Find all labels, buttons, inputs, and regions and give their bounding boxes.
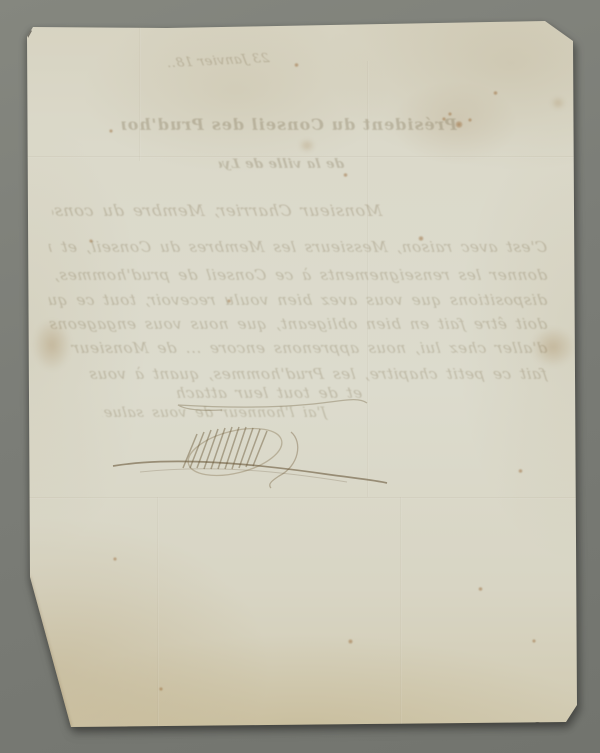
stain	[109, 129, 113, 133]
body-line-2: donner les renseignements à ce Conseil d…	[48, 266, 548, 284]
top-left-notch	[27, 29, 32, 38]
stain	[343, 173, 348, 177]
body-line-3: dispositions que vous avez bien voulu re…	[48, 291, 548, 309]
body-line-5: d'aller chez lui, nous apprenons encore …	[48, 339, 548, 357]
edge-speck	[61, 720, 66, 724]
stain	[89, 239, 93, 243]
salutation-line: Monsieur Charrier, Membre du conseil	[51, 201, 383, 220]
stain	[299, 139, 315, 152]
stain	[532, 639, 536, 643]
handwritten-date-line: 23 Janvier 18..	[119, 51, 270, 74]
body-line-1: C'est avec raison, Messieurs les Membres…	[48, 238, 548, 256]
stain	[478, 587, 483, 591]
stain	[493, 91, 498, 95]
fold-crease-vertical-bottom-right	[400, 497, 402, 727]
letter-sheet: 23 Janvier 18.. Président du Conseil des…	[27, 21, 577, 728]
fold-crease-vertical-bottom-left	[157, 497, 159, 727]
letterhead-line1: Président du Conseil des Prud'hommes	[121, 115, 458, 134]
body-line-4: doit être fait en bien obligeant, que no…	[48, 315, 548, 333]
signature-paraph	[85, 414, 407, 502]
stain	[348, 639, 353, 644]
edge-speck	[535, 722, 540, 725]
stain	[442, 117, 446, 121]
stain	[455, 121, 463, 128]
fold-crease-vertical-top-left	[139, 21, 141, 161]
paper-surface: 23 Janvier 18.. Président du Conseil des…	[27, 21, 577, 728]
torn-corner-edge-shading	[25, 576, 72, 729]
stain	[227, 299, 231, 303]
stain	[448, 112, 452, 116]
stain	[159, 687, 163, 691]
body-line-6: fait ce petit chapitre, les Prud'hommes,…	[48, 365, 548, 383]
stain-right-edge-blot	[531, 327, 575, 367]
stain	[551, 97, 565, 109]
stain	[418, 236, 424, 241]
stain	[518, 469, 523, 473]
stain	[468, 118, 472, 122]
photograph-canvas: { "scene": { "background_color": "#7b7d7…	[0, 0, 600, 753]
stain	[113, 557, 117, 561]
stain	[294, 63, 299, 67]
letterhead-line2: de la ville de Lyon.	[218, 157, 345, 172]
stain-left-edge-blot	[33, 319, 71, 371]
